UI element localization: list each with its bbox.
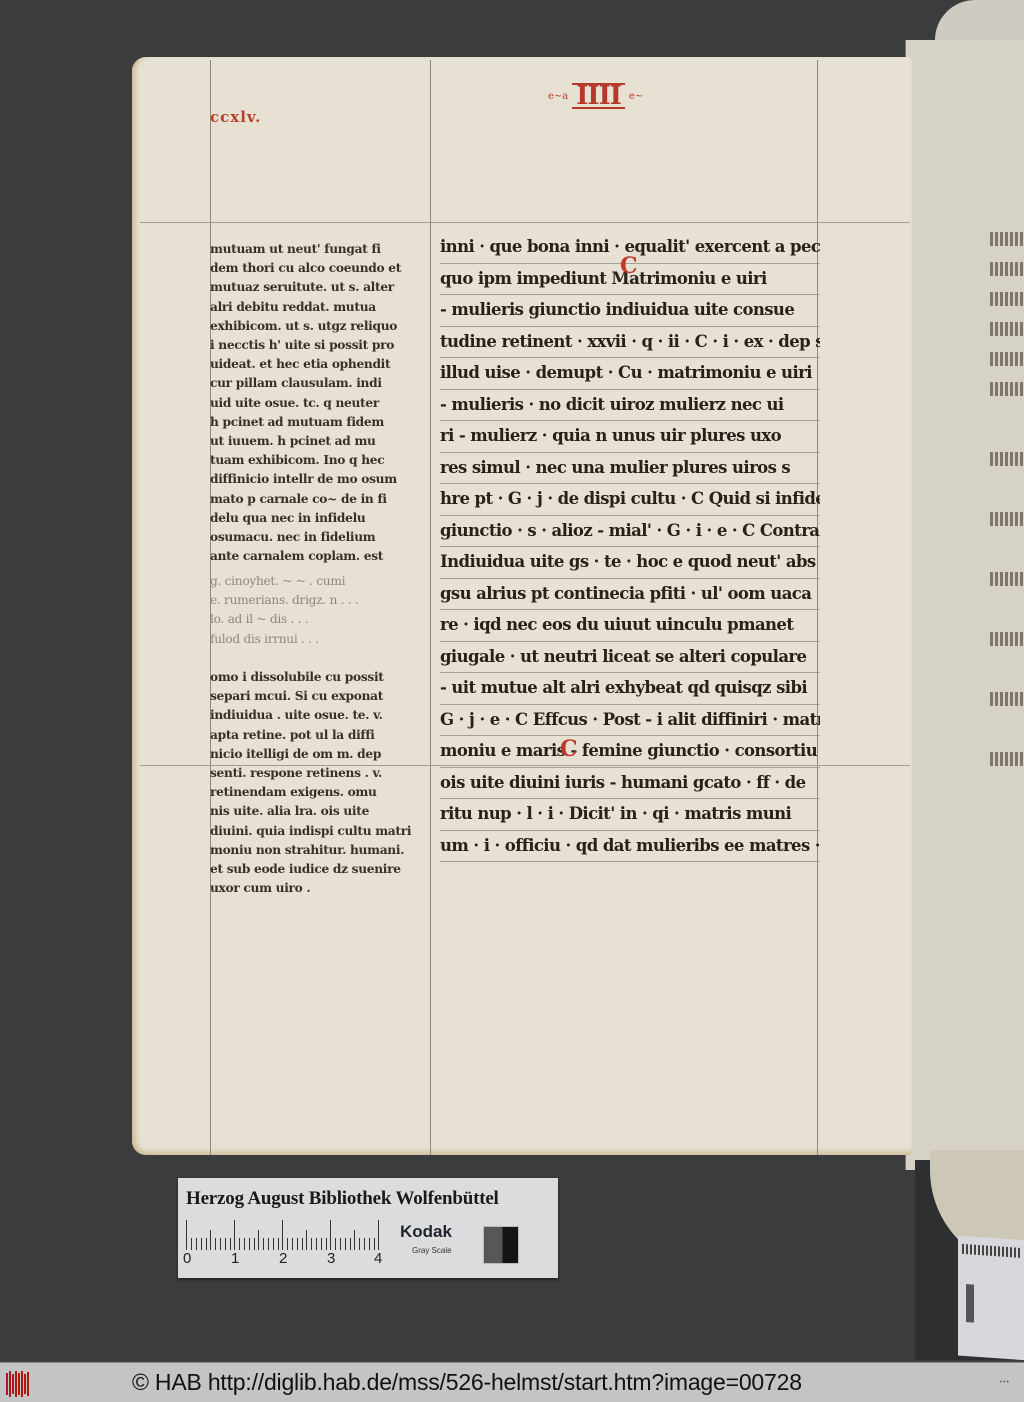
- ruler-number: 4: [374, 1250, 382, 1267]
- gloss-line: ante carnalem coplam. est: [210, 547, 425, 566]
- text-line: Indiuidua uite gs · te · hoc e quod neut…: [440, 547, 820, 579]
- running-header: e~a IIII e~: [548, 83, 643, 109]
- library-name: Herzog August Bibliothek Wolfenbüttel: [186, 1188, 499, 1210]
- folio-number: ccxlv.: [210, 108, 261, 126]
- gloss-line: uxor cum uiro .: [210, 879, 425, 898]
- text-line: tudine retinent · xxvii · q · ii · C · i…: [440, 327, 820, 359]
- gloss-line: omo i dissolubile cu possit: [210, 668, 425, 687]
- text-line: um · i · officiu · qd dat mulieribs ee m…: [440, 831, 820, 863]
- gloss-line: i necctis h' uite si possit pro: [210, 336, 425, 355]
- ruler-labels: 0 1 2 3 4: [181, 1250, 391, 1270]
- kodak-brand: Kodak: [400, 1222, 452, 1242]
- gloss-line: h pcinet ad mutuam fidem: [210, 413, 425, 432]
- copyright-link[interactable]: © HAB http://diglib.hab.de/mss/526-helms…: [132, 1369, 802, 1396]
- text-line: gsu alrius pt continecia pfiti · ul' oom…: [440, 579, 820, 611]
- text-line: G · j · e · C Effcus · Post - i alit dif…: [440, 705, 820, 737]
- gloss-line: uid uite osue. tc. q neuter: [210, 394, 425, 413]
- header-ornament-left: e~a: [548, 91, 568, 102]
- gloss-line: osumacu. nec in fidelium: [210, 528, 425, 547]
- gloss-line: delu qua nec in infidelu: [210, 509, 425, 528]
- gloss-line: indiuidua . uite osue. te. v.: [210, 706, 425, 725]
- text-line: res simul · nec una mulier plures uiros …: [440, 453, 820, 485]
- gloss-line: uideat. et hec etia ophendit: [210, 355, 425, 374]
- gloss-line: retinendam exigens. omu: [210, 783, 425, 802]
- ruler-number: 3: [327, 1250, 335, 1267]
- text-line: giugale · ut neutri liceat se alteri cop…: [440, 642, 820, 674]
- gloss-line: nicio itelligi de om m. dep: [210, 745, 425, 764]
- gloss-line: e. rumerians. drigz. n . . .: [210, 591, 425, 610]
- gloss-line: cur pillam clausulam. indi: [210, 374, 425, 393]
- gloss-line: apta retine. pot ul la diffi: [210, 726, 425, 745]
- marginal-gloss-lower: omo i dissolubile cu possit separi mcui.…: [210, 668, 425, 898]
- text-line: - mulieris giunctio indiuidua uite consu…: [440, 295, 820, 327]
- gloss-line: moniu non strahitur. humani.: [210, 841, 425, 860]
- gloss-line: fulod dis irrnui . . .: [210, 630, 425, 649]
- text-line: illud uise · demupt · Cu · matrimoniu e …: [440, 358, 820, 390]
- gloss-line: mutuaz seruitute. ut s. alter: [210, 278, 425, 297]
- gloss-line: exhibicom. ut s. utgz reliquo: [210, 317, 425, 336]
- gray-scale-swatch: [483, 1226, 519, 1264]
- ruling-line: [430, 60, 431, 1155]
- gloss-line: tuam exhibicom. Ino q hec: [210, 451, 425, 470]
- gloss-line: nis uite. alia lra. ois uite: [210, 802, 425, 821]
- gloss-line: diffinicio intellr de mo osum: [210, 470, 425, 489]
- ruler-number: 0: [183, 1250, 191, 1267]
- footer-bar: © HAB http://diglib.hab.de/mss/526-helms…: [0, 1362, 1024, 1402]
- text-line: - mulieris · no dicit uiroz mulierz nec …: [440, 390, 820, 422]
- ruling-line: [140, 222, 910, 223]
- header-ornament-right: e~: [629, 91, 643, 102]
- gloss-line: ut iuuem. h pcinet ad mu: [210, 432, 425, 451]
- ruler-number: 1: [231, 1250, 239, 1267]
- footer-mark: •••: [1000, 1379, 1010, 1386]
- text-line: ritu nup · l · i · Dicit' in · qi · matr…: [440, 799, 820, 831]
- text-line: - uit mutue alt alri exhybeat qd quisqz …: [440, 673, 820, 705]
- facing-label-card: [958, 1236, 1024, 1361]
- gloss-line: et sub eode iudice dz suenire: [210, 860, 425, 879]
- rubric-initial: C: [620, 253, 638, 279]
- ruler-number: 2: [279, 1250, 287, 1267]
- facing-page: [905, 40, 1024, 1170]
- gloss-line: senti. respone retinens . v.: [210, 764, 425, 783]
- gloss-line: lo. ad il ~ dis . . .: [210, 610, 425, 629]
- gloss-line: g. cinoyhet. ~ ~ . cumi: [210, 572, 425, 591]
- text-line: ri - mulierz · quia n unus uir plures ux…: [440, 421, 820, 453]
- ruler-scale: [186, 1220, 382, 1250]
- erased-gloss: g. cinoyhet. ~ ~ . cumi e. rumerians. dr…: [210, 572, 425, 649]
- calibration-label-card: Herzog August Bibliothek Wolfenbüttel 0 …: [178, 1178, 558, 1278]
- rubric-initial: C: [560, 736, 578, 762]
- marginal-gloss: mutuam ut neut' fungat fi dem thori cu a…: [210, 240, 425, 566]
- text-line: moniu e maris - femine giunctio · consor…: [440, 736, 820, 768]
- gloss-line: alri debitu reddat. mutua: [210, 298, 425, 317]
- main-text-column: inni · que bona inni · equalit' exercent…: [440, 232, 820, 862]
- manuscript-viewer: ccxlv. e~a IIII e~ mutuam ut neut' funga…: [0, 0, 1024, 1362]
- book-numeral: IIII: [572, 83, 625, 109]
- gloss-line: diuini. quia indispi cultu matri: [210, 822, 425, 841]
- gloss-line: separi mcui. Si cu exponat: [210, 687, 425, 706]
- gloss-line: mutuam ut neut' fungat fi: [210, 240, 425, 259]
- text-line: giunctio · s · alioz - mial' · G · i · e…: [440, 516, 820, 548]
- text-line: re · iqd nec eos du uiuut uinculu pmanet: [440, 610, 820, 642]
- text-line: hre pt · G · j · de dispi cultu · C Quid…: [440, 484, 820, 516]
- gloss-line: mato p carnale co~ de in fi: [210, 490, 425, 509]
- hab-logo-icon: [6, 1371, 32, 1397]
- gray-scale-label: Gray Scale: [412, 1246, 452, 1255]
- text-line: ois uite diuini iuris - humani gcato · f…: [440, 768, 820, 800]
- gloss-line: dem thori cu alco coeundo et: [210, 259, 425, 278]
